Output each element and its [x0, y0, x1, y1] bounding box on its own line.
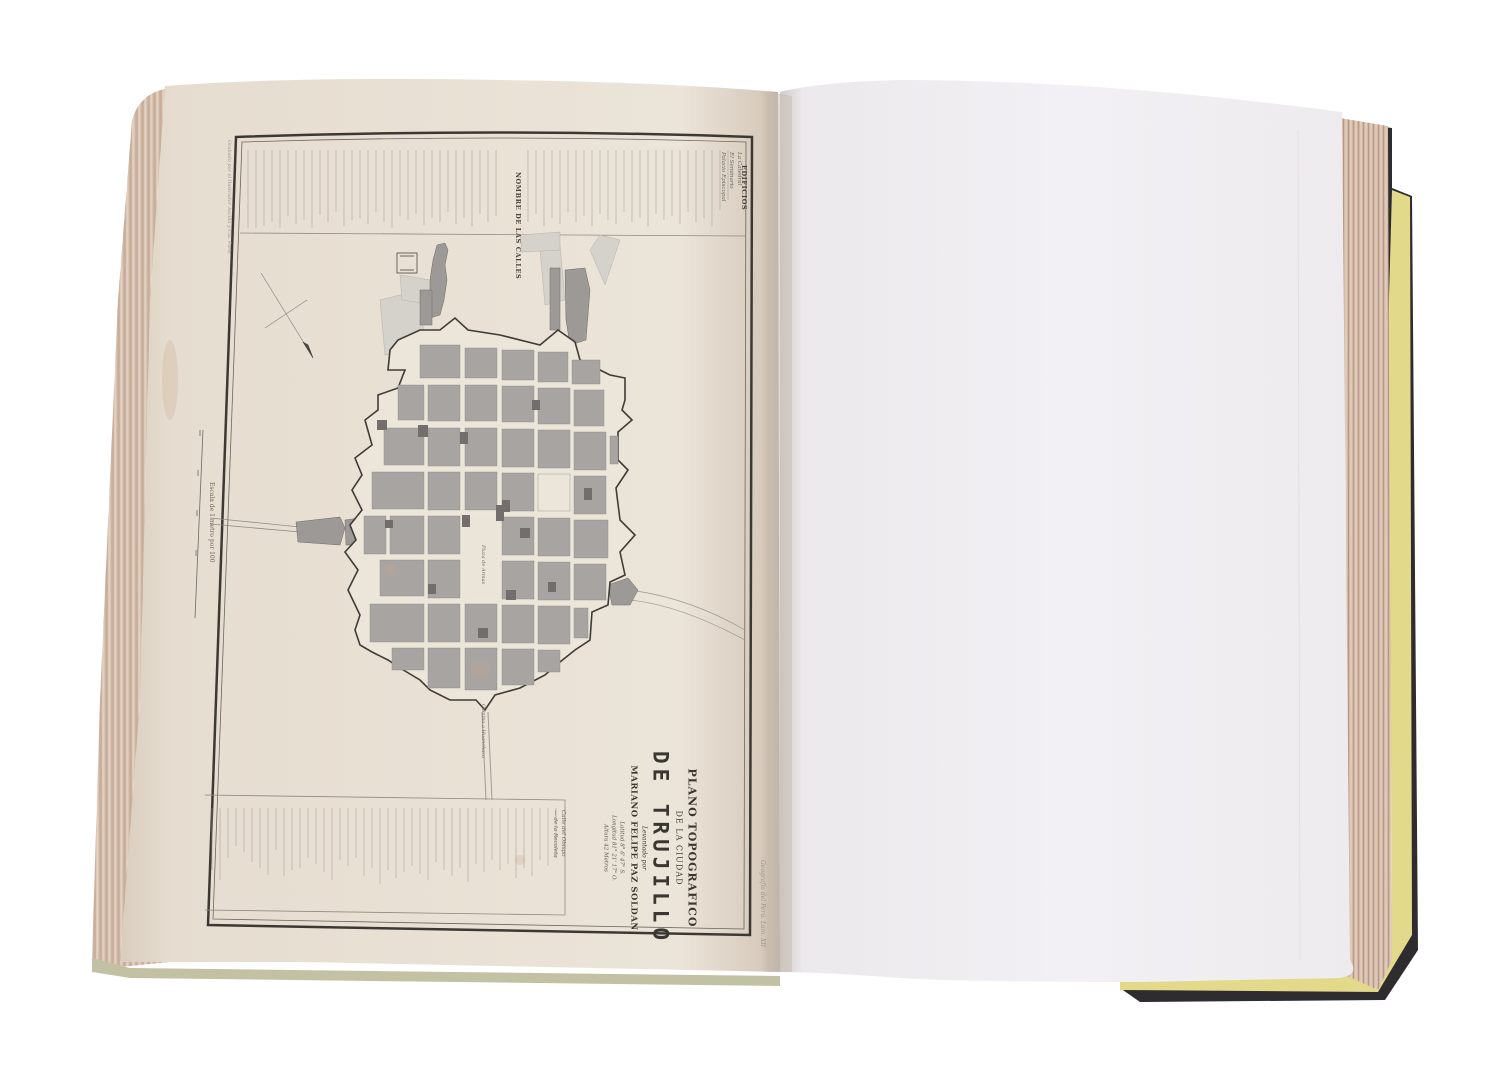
- legend-entry: El Seminario: [728, 152, 734, 189]
- coords-altitude: Altura 42 Metros: [602, 728, 610, 968]
- title-de-trujillo: DE TRUJILLO: [649, 728, 673, 968]
- imprint-plate-number: Geografía del Perú. Lam. XII: [759, 860, 766, 947]
- legend-entry: Calle del Obispo: [560, 810, 566, 857]
- legend-entry: Palacio Episcopal: [720, 152, 726, 202]
- plaza-label: Plaza de Armas: [480, 545, 486, 584]
- imprint-engraver: Grabado por el Ilustrador Ascilla y Cía.…: [226, 140, 232, 254]
- title-levantado-por: Levantado por: [641, 728, 648, 968]
- map-author: MARIANO FELIPE PAZ SOLDAN: [629, 728, 639, 968]
- legend-header-calles: NOMBRE DE LAS CALLES: [514, 172, 522, 279]
- right-page: [780, 80, 1353, 982]
- map-title-block: PLANO TOPOGRAFICO DE LA CIUDAD DE TRUJIL…: [585, 728, 715, 968]
- book-photograph: PLANO TOPOGRAFICO DE LA CIUDAD DE TRUJIL…: [0, 0, 1500, 1086]
- book-illustration: [0, 0, 1500, 1086]
- gutter-shadow: [770, 92, 792, 972]
- legend-entry: — de la Recoleta: [552, 810, 558, 858]
- road-label: Camino a Huanchaco: [480, 704, 486, 758]
- scale-label: Escala de 1 metro por 100: [208, 482, 215, 563]
- legend-entry: La Catedral: [736, 152, 742, 185]
- coords-latitude: Latitud 8° 6' 47" S.: [618, 728, 626, 968]
- coords-longitude: Longitud 81° 21' 17" O.: [610, 728, 618, 968]
- title-de-la-ciudad: DE LA CIUDAD: [675, 728, 684, 968]
- title-plano-topografico: PLANO TOPOGRAFICO: [686, 728, 699, 968]
